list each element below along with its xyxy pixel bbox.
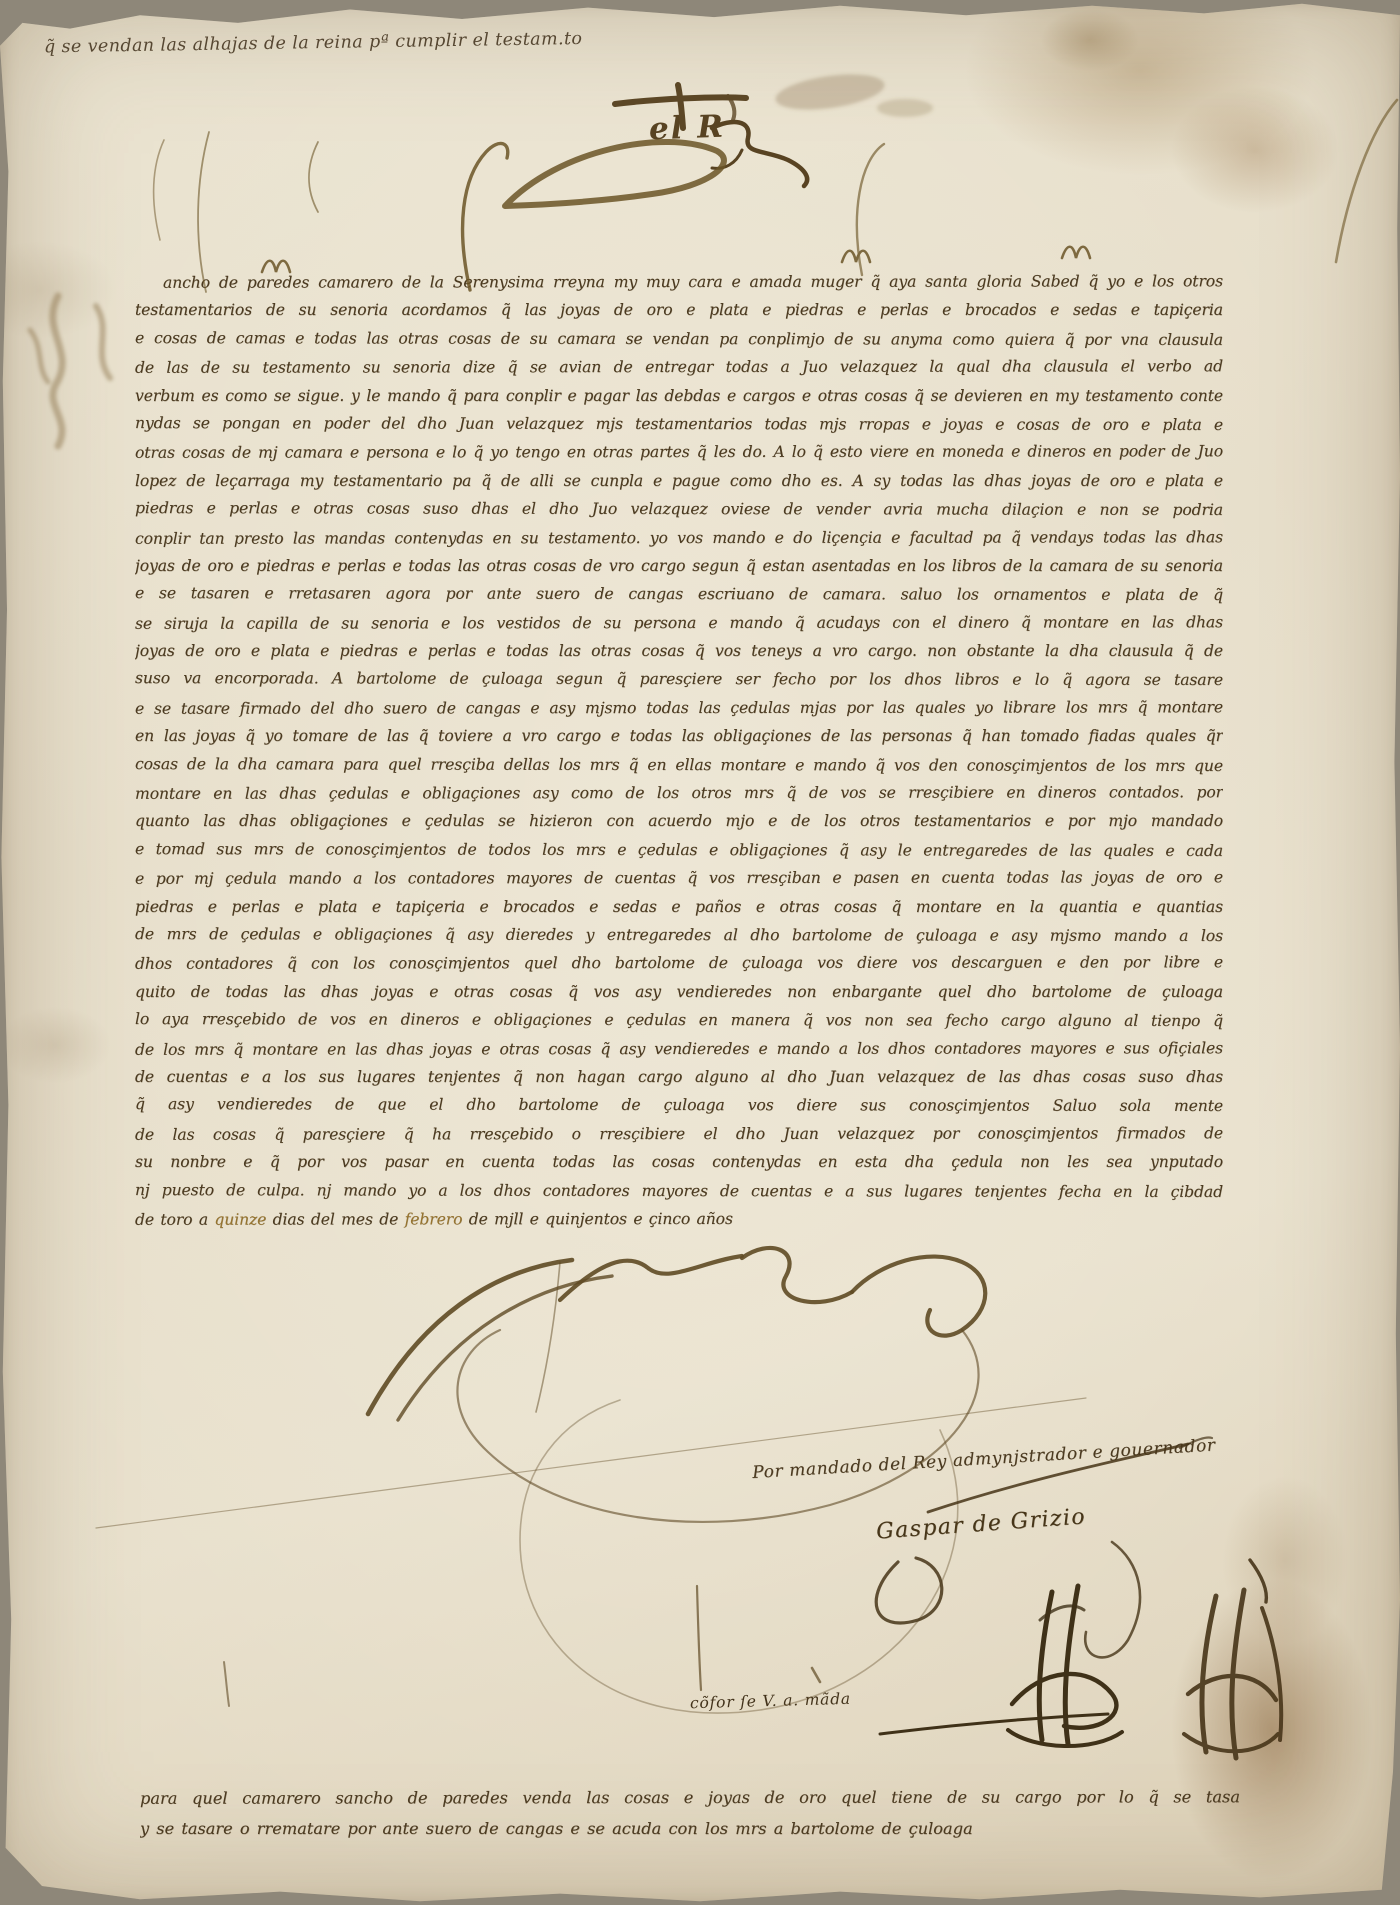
manuscript-line: dhos contadores q̃ con los conosçimjento… xyxy=(135,949,1223,979)
manuscript-line: de mrs de çedulas e obligaçiones q̃ asy … xyxy=(135,920,1223,950)
manuscript-line: joyas de oro e plata e piedras e perlas … xyxy=(135,637,1223,665)
manuscript-line: testamentarios de su senoria acordamos q… xyxy=(135,296,1223,324)
manuscript-line: nj puesto de culpa. nj mando yo a los dh… xyxy=(135,1176,1223,1206)
postscript-line: y se tasare o rrematare por ante suero d… xyxy=(140,1813,1240,1844)
manuscript-line: piedras e perlas e otras cosas suso dhas… xyxy=(135,494,1223,524)
manuscript-line: otras cosas de mj camara e persona e lo … xyxy=(135,438,1223,468)
letter-body: ancho de paredes camarero de la Serenysi… xyxy=(135,268,1223,1233)
manuscript-line: e cosas de camas e todas las otras cosas… xyxy=(135,324,1223,354)
notarial-rubrics-right xyxy=(1184,1560,1281,1758)
secretary-signature: Gaspar de Grizio xyxy=(875,1504,1086,1544)
date-line: de toro a quinze dias del mes de febrero… xyxy=(135,1204,1223,1234)
manuscript-line: de las de su testamento su senoria dize … xyxy=(135,352,1223,382)
manuscript-line: montare en las dhas çedulas e obligaçion… xyxy=(135,778,1223,808)
royal-signature-rubric xyxy=(96,1248,1086,1713)
date-segment: de mjll e quinjentos e çinco años xyxy=(462,1210,733,1228)
countersignature-line: Por mandado del Rey admynjstrador e goue… xyxy=(752,1437,1192,1483)
manuscript-line: e tomad sus mrs de conosçimjentos de tod… xyxy=(135,835,1223,865)
manuscript-line: verbum es como se sigue. y le mando q̃ p… xyxy=(135,382,1223,410)
manuscript-line: quito de todas las dhas joyas e otras co… xyxy=(135,978,1223,1006)
manuscript-line: e se tasaren e rretasaren agora por ante… xyxy=(135,579,1223,609)
manuscript-line: e se tasare firmado del dho suero de can… xyxy=(135,693,1223,723)
notarial-rubrics xyxy=(880,1586,1122,1746)
manuscript-page: q̃ se vendan las alhajas de la reina pª … xyxy=(0,0,1400,1905)
postscript-memorandum: para quel camarero sancho de paredes ven… xyxy=(140,1782,1240,1844)
stray-strokes xyxy=(224,1586,820,1706)
manuscript-line: joyas de oro e piedras e perlas e todas … xyxy=(135,552,1223,580)
manuscript-line: piedras e perlas e plata e tapiçeria e b… xyxy=(135,893,1223,921)
date-segment: de toro a xyxy=(135,1211,214,1229)
manuscript-line: lopez de leçarraga my testamentario pa q… xyxy=(135,467,1223,495)
manuscript-line: lo aya rresçebido de vos en dineros e ob… xyxy=(135,1005,1223,1035)
manuscript-line: de cuentas e a los sus lugares tenjentes… xyxy=(135,1063,1223,1091)
manuscript-line: e por mj çedula mando a los contadores m… xyxy=(135,863,1223,893)
manuscript-line: su nonbre e q̃ por vos pasar en cuenta t… xyxy=(135,1148,1223,1176)
margin-bleedthrough-mark xyxy=(30,296,110,446)
postscript-line: para quel camarero sancho de paredes ven… xyxy=(140,1781,1240,1814)
royal-monogram: el R xyxy=(648,109,725,148)
manuscript-line: quanto las dhas obligaçiones e çedulas s… xyxy=(135,807,1223,835)
manuscript-line: suso va encorporada. A bartolome de çulo… xyxy=(135,665,1223,695)
manuscript-line: q̃ asy vendieredes de que el dho bartolo… xyxy=(135,1090,1223,1120)
docket-note: cõfor ſe V. a. mãda xyxy=(690,1690,851,1712)
archival-annotation: q̃ se vendan las alhajas de la reina pª … xyxy=(44,29,604,58)
royal-monogram-swash xyxy=(712,122,807,186)
manuscript-line: nydas se pongan en poder del dho Juan ve… xyxy=(135,409,1223,439)
manuscript-line: se siruja la capilla de su senoria e los… xyxy=(135,608,1223,638)
manuscript-line: en las joyas q̃ yo tomare de las q̃ tovi… xyxy=(135,722,1223,750)
ink-smudge xyxy=(773,69,933,117)
manuscript-line: ancho de paredes camarero de la Serenysi… xyxy=(135,267,1223,297)
opening-flourishes xyxy=(154,100,1397,292)
date-segment: quinze xyxy=(214,1210,266,1228)
date-segment: dias del mes de xyxy=(266,1210,404,1228)
manuscript-line: de las cosas q̃ paresçiere q̃ ha rresçeb… xyxy=(135,1119,1223,1149)
photograph-background: q̃ se vendan las alhajas de la reina pª … xyxy=(0,0,1400,1905)
manuscript-line: de los mrs q̃ montare en las dhas joyas … xyxy=(135,1034,1223,1064)
manuscript-line: cosas de la dha camara para quel rresçib… xyxy=(135,750,1223,780)
manuscript-line: conplir tan presto las mandas contenydas… xyxy=(135,523,1223,553)
date-segment: febrero xyxy=(405,1210,463,1228)
